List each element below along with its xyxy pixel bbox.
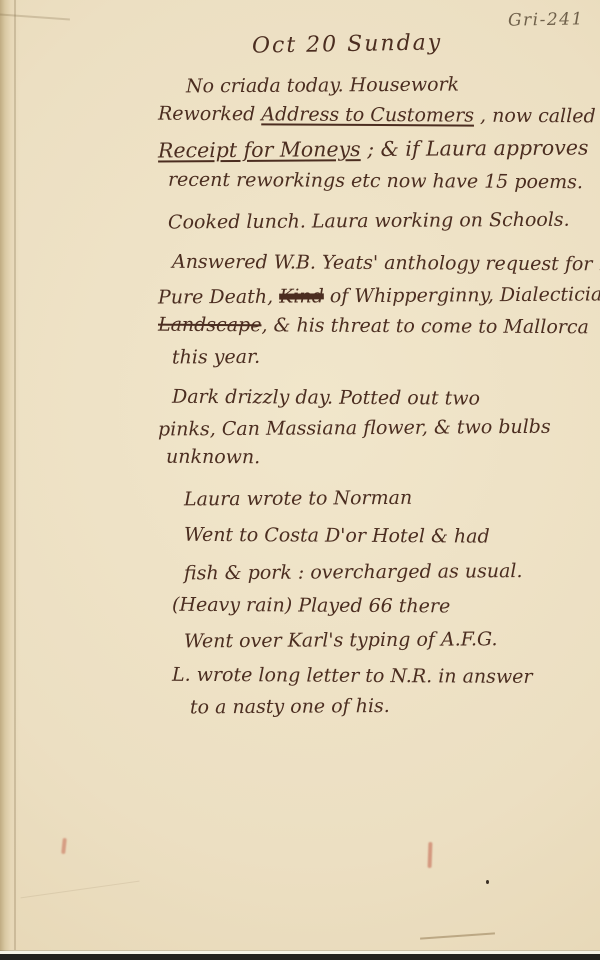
diary-lines: No criada today. HouseworkReworked Addre…: [158, 70, 588, 721]
ink-speck: [486, 880, 489, 884]
handwritten-line: Receipt for Moneys ; & if Laura approves: [158, 132, 588, 165]
handwritten-line: fish & pork : overcharged as usual.: [184, 556, 588, 589]
handwritten-line: Dark drizzly day. Potted out two: [172, 382, 588, 415]
text-segment-underline: Address to Customers: [261, 103, 474, 126]
handwritten-line: to a nasty one of his.: [190, 690, 588, 723]
handwritten-line: recent reworkings etc now have 15 poems.: [168, 165, 588, 198]
paper-scratch-mark: [420, 932, 495, 939]
archive-mark: Gri-241: [508, 9, 584, 30]
paper-background: Gri-241 Oct 20 Sunday No criada today. H…: [0, 0, 600, 960]
left-fold-crease: [14, 0, 16, 950]
text-segment: Went to Costa D'or Hotel & had: [184, 524, 490, 548]
handwritten-line: this year.: [172, 340, 588, 373]
handwritten-line: (Heavy rain) Played 66 there: [172, 590, 588, 623]
text-segment: No criada today. Housework: [186, 73, 459, 97]
top-corner-crease: [0, 14, 70, 20]
text-segment: L. wrote long letter to N.R. in answer: [172, 664, 533, 688]
text-segment-scribble: Kind: [279, 285, 324, 307]
handwritten-line: Landscape, & his threat to come to Mallo…: [158, 310, 588, 343]
text-segment: unknown.: [166, 446, 260, 469]
handwritten-line: Laura wrote to Norman: [184, 482, 588, 515]
text-segment: Went over Karl's typing of A.F.G.: [184, 628, 498, 652]
text-segment-underline: Receipt for Moneys: [158, 137, 361, 162]
text-segment: fish & pork : overcharged as usual.: [184, 560, 523, 584]
text-segment: Reworked: [158, 103, 261, 126]
red-ink-smudge-right: [428, 842, 433, 868]
text-segment: recent reworkings etc now have 15 poems.: [168, 169, 583, 194]
red-ink-smudge-left: [61, 838, 67, 854]
handwritten-line: Pure Death, Kind of Whipperginny, Dialec…: [158, 279, 588, 312]
text-segment: pinks, Can Massiana flower, & two bulbs: [158, 416, 551, 441]
handwritten-line: Went to Costa D'or Hotel & had: [184, 520, 588, 552]
text-segment: , & his threat to come to Mallorca: [261, 314, 589, 338]
text-segment-strike: Landscape: [158, 314, 262, 337]
text-segment: Laura wrote to Norman: [184, 487, 412, 511]
handwritten-line: pinks, Can Massiana flower, & two bulbs: [158, 411, 588, 444]
text-segment: Answered W.B. Yeats' anthology request f…: [172, 251, 600, 276]
text-segment: of Whipperginny, Dialecticians,: [324, 283, 600, 307]
text-segment: Cooked lunch. Laura working on Schools.: [168, 209, 570, 234]
bottom-corner-crease: [21, 881, 140, 899]
handwritten-line: Reworked Address to Customers , now call…: [158, 99, 588, 132]
handwritten-line: Went over Karl's typing of A.F.G.: [184, 624, 588, 657]
text-segment: to a nasty one of his.: [190, 695, 390, 718]
text-segment: Pure Death,: [158, 286, 279, 309]
handwritten-line: unknown.: [166, 442, 588, 475]
text-segment: (Heavy rain) Played 66 there: [172, 594, 450, 618]
handwritten-line: L. wrote long letter to N.R. in answer: [172, 660, 588, 693]
handwritten-line: Answered W.B. Yeats' anthology request f…: [172, 247, 588, 280]
handwritten-line: Cooked lunch. Laura working on Schools.: [168, 205, 588, 238]
scanned-diary-page: { "document": { "archive_mark": "Gri-241…: [0, 0, 600, 960]
text-segment: this year.: [172, 346, 260, 369]
entry-date-title: Oct 20 Sunday: [252, 30, 443, 58]
handwritten-line: No criada today. Housework: [186, 69, 588, 102]
text-segment: ; & if Laura approves: [361, 135, 589, 161]
text-segment: , now called: [474, 105, 596, 128]
text-segment: Dark drizzly day. Potted out two: [172, 386, 480, 410]
